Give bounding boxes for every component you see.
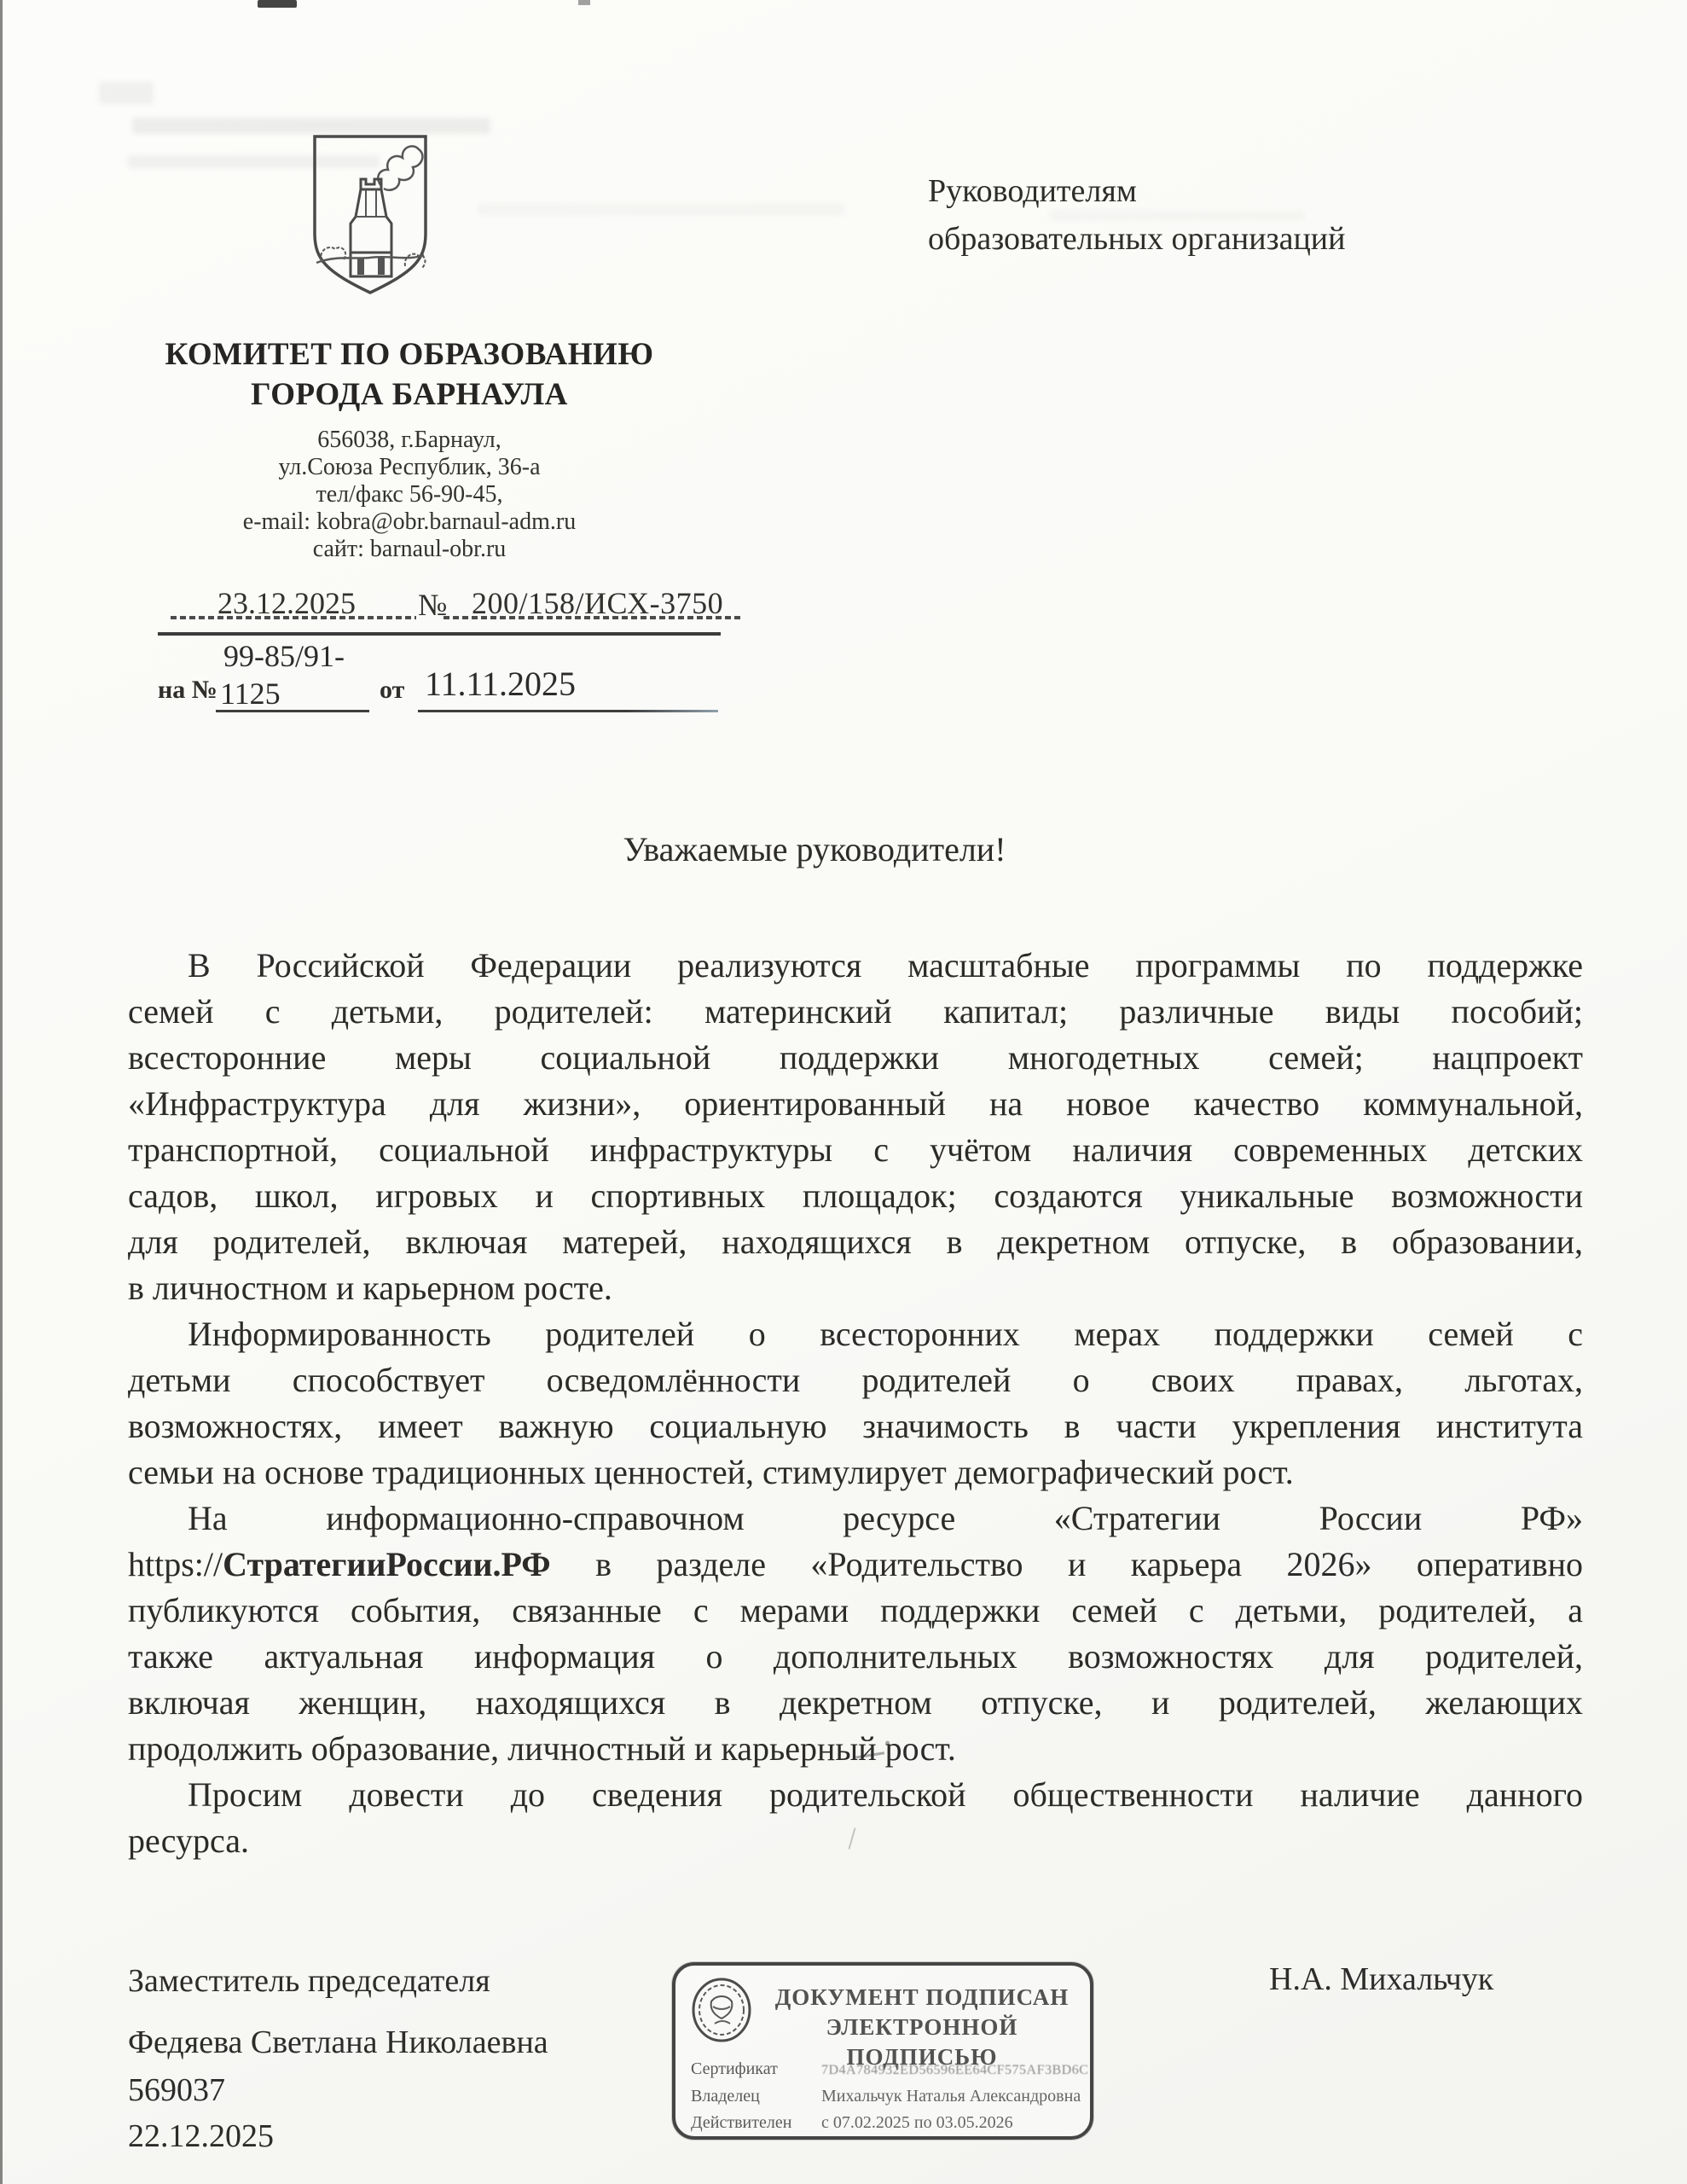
- underline: [216, 710, 369, 712]
- body-line: для родителей, включая матерей, находящи…: [128, 1219, 1583, 1265]
- address-line: сайт: barnaul-obr.ru: [94, 536, 725, 563]
- addressee-line1: Руководителям: [928, 167, 1474, 215]
- body-line: «Инфраструктура для жизни», ориентирован…: [128, 1081, 1583, 1127]
- body-line: транспортной, социальной инфраструктуры …: [128, 1127, 1583, 1173]
- body-line: https://СтратегииРоссии.РФ в разделе «Ро…: [128, 1542, 1583, 1588]
- underline: [418, 710, 718, 712]
- org-name: КОМИТЕТ ПО ОБРАЗОВАНИЮ ГОРОДА БАРНАУЛА: [94, 334, 725, 415]
- paragraph-2: Информированность родителей о всесторонн…: [128, 1311, 1583, 1496]
- incoming-number-top: 99-85/91-: [223, 638, 345, 674]
- body-line: включая женщин, находящихся в декретном …: [128, 1680, 1583, 1726]
- executor-date: 22.12.2025: [128, 2117, 274, 2155]
- body-line: также актуальная информация о дополнител…: [128, 1634, 1583, 1680]
- address-line: тел/факс 56-90-45,: [94, 481, 725, 508]
- scan-artifact: [578, 0, 590, 5]
- underline: [443, 616, 744, 619]
- org-name-line2: ГОРОДА БАРНАУЛА: [94, 375, 725, 415]
- org-name-line1: КОМИТЕТ ПО ОБРАЗОВАНИЮ: [94, 334, 725, 375]
- addressee: Руководителям образовательных организаци…: [928, 167, 1474, 263]
- from-label: от: [380, 676, 404, 705]
- certificate-label: Сертификат: [691, 2056, 817, 2082]
- scan-edge-artifact: [0, 0, 3, 2184]
- body-line: всесторонние меры социальной поддержки м…: [128, 1035, 1583, 1081]
- letter-body: В Российской Федерации реализуются масшт…: [128, 943, 1583, 1864]
- body-line: На информационно-справочном ресурсе «Стр…: [128, 1496, 1583, 1542]
- executor-phone: 569037: [128, 2071, 225, 2109]
- barnaul-coat-of-arms-icon: [310, 133, 431, 297]
- validity-value: с 07.02.2025 по 03.05.2026: [821, 2113, 1013, 2132]
- stamp-coat-of-arms-icon: [689, 1976, 754, 2044]
- body-line: детьми способствует осведомлённости роди…: [128, 1357, 1583, 1403]
- e-signature-stamp: ДОКУМЕНТ ПОДПИСАН ЭЛЕКТРОННОЙ ПОДПИСЬЮ С…: [672, 1962, 1093, 2140]
- stamp-validity-row: Действителен с 07.02.2025 по 03.05.2026: [691, 2110, 1080, 2136]
- certificate-value: 7D4A784932ED56596EE64CF575AF3BD6C: [821, 2063, 1088, 2077]
- body-line: продолжить образование, личностный и кар…: [128, 1726, 1583, 1772]
- stamp-title-line1: ДОКУМЕНТ ПОДПИСАН: [761, 1983, 1083, 2013]
- scan-artifact: [258, 0, 297, 8]
- underline: [171, 616, 416, 619]
- owner-label: Владелец: [691, 2083, 817, 2110]
- incoming-label: на №: [158, 676, 217, 705]
- body-line: возможностях, имеет важную социальную зн…: [128, 1403, 1583, 1449]
- body-line: Просим довести до сведения родительской …: [128, 1772, 1583, 1818]
- body-line: публикуются события, связанные с мерами …: [128, 1588, 1583, 1634]
- body-line: семьи на основе традиционных ценностей, …: [128, 1449, 1583, 1496]
- body-line: Информированность родителей о всесторонн…: [128, 1311, 1583, 1357]
- executor-name: Федяева Светлана Николаевна: [128, 2024, 548, 2061]
- stamp-details: Сертификат 7D4A784932ED56596EE64CF575AF3…: [691, 2056, 1080, 2136]
- body-line: В Российской Федерации реализуются масшт…: [128, 943, 1583, 989]
- paragraph-1: В Российской Федерации реализуются масшт…: [128, 943, 1583, 1311]
- body-line: семей с детьми, родителей: материнский к…: [128, 989, 1583, 1035]
- salutation: Уважаемые руководители!: [128, 829, 1501, 869]
- body-line: ресурса.: [128, 1818, 1583, 1864]
- stamp-certificate-row: Сертификат 7D4A784932ED56596EE64CF575AF3…: [691, 2056, 1080, 2083]
- address-line: 656038, г.Барнаул,: [94, 427, 725, 454]
- paragraph-3: На информационно-справочном ресурсе «Стр…: [128, 1496, 1583, 1772]
- addressee-line2: образовательных организаций: [928, 215, 1474, 263]
- address-line: ул.Союза Республик, 36-а: [94, 454, 725, 481]
- owner-value: Михальчук Наталья Александровна: [821, 2087, 1081, 2106]
- scanned-letter-page: КОМИТЕТ ПО ОБРАЗОВАНИЮ ГОРОДА БАРНАУЛА 6…: [0, 0, 1687, 2184]
- body-line: в личностном и карьерном росте.: [128, 1265, 1583, 1311]
- paragraph-4: Просим довести до сведения родительской …: [128, 1772, 1583, 1864]
- address-line: e-mail: kobra@obr.barnaul-adm.ru: [94, 508, 725, 536]
- validity-label: Действителен: [691, 2110, 817, 2136]
- stamp-owner-row: Владелец Михальчук Наталья Александровна: [691, 2083, 1080, 2110]
- body-line: садов, школ, игровых и спортивных площад…: [128, 1173, 1583, 1219]
- incoming-date: 11.11.2025: [425, 664, 576, 704]
- scan-ghost-text: [99, 82, 154, 104]
- signer-position: Заместитель председателя: [128, 1962, 490, 2000]
- rule-line: [158, 632, 721, 636]
- scan-ghost-text: [478, 203, 844, 216]
- org-address: 656038, г.Барнаул, ул.Союза Республик, 3…: [94, 427, 725, 563]
- incoming-number: 1125: [220, 676, 281, 712]
- scan-ghost-text: [132, 118, 490, 134]
- signer-name: Н.А. Михальчук: [1269, 1960, 1493, 1998]
